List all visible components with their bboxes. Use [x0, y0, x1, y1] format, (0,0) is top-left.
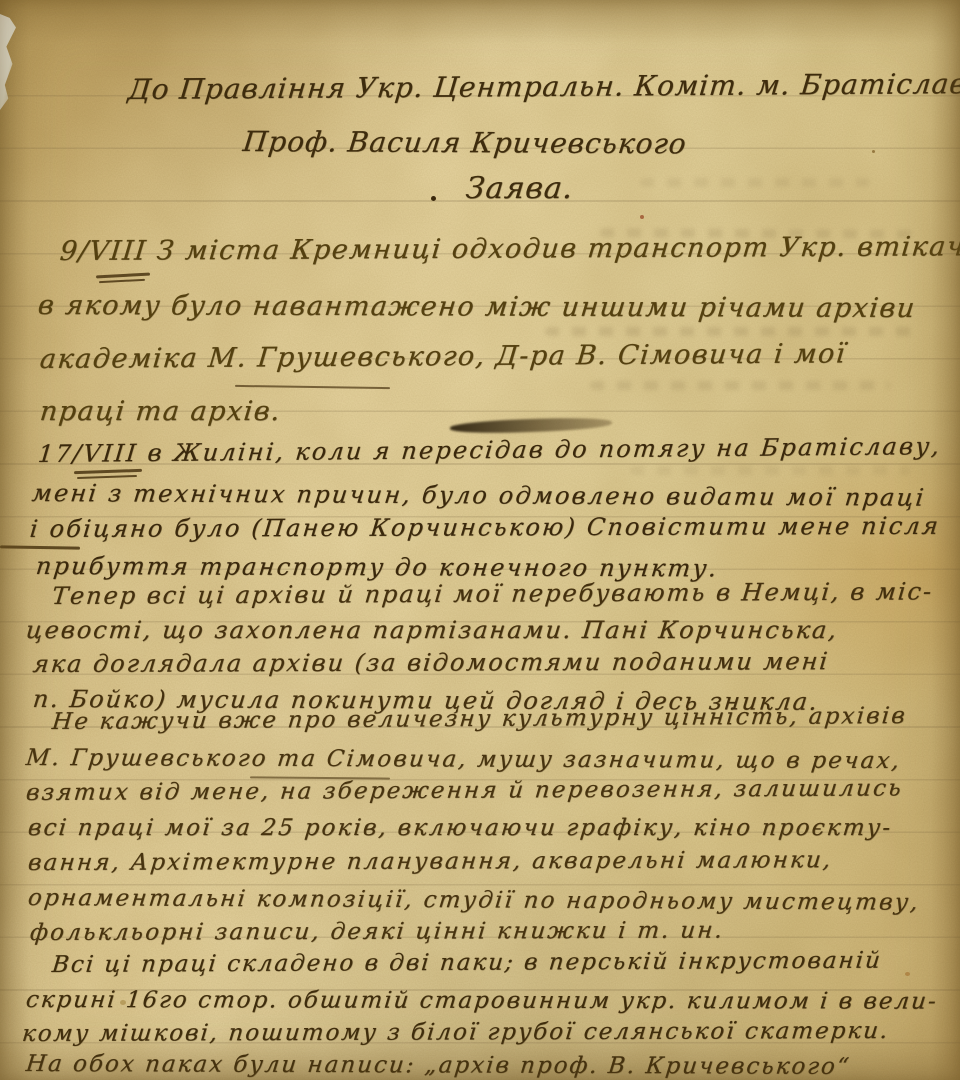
manuscript-page: До Правління Укр. Центральн. Коміт. м. Б… [0, 0, 960, 1080]
edge-vignette [0, 0, 960, 1080]
